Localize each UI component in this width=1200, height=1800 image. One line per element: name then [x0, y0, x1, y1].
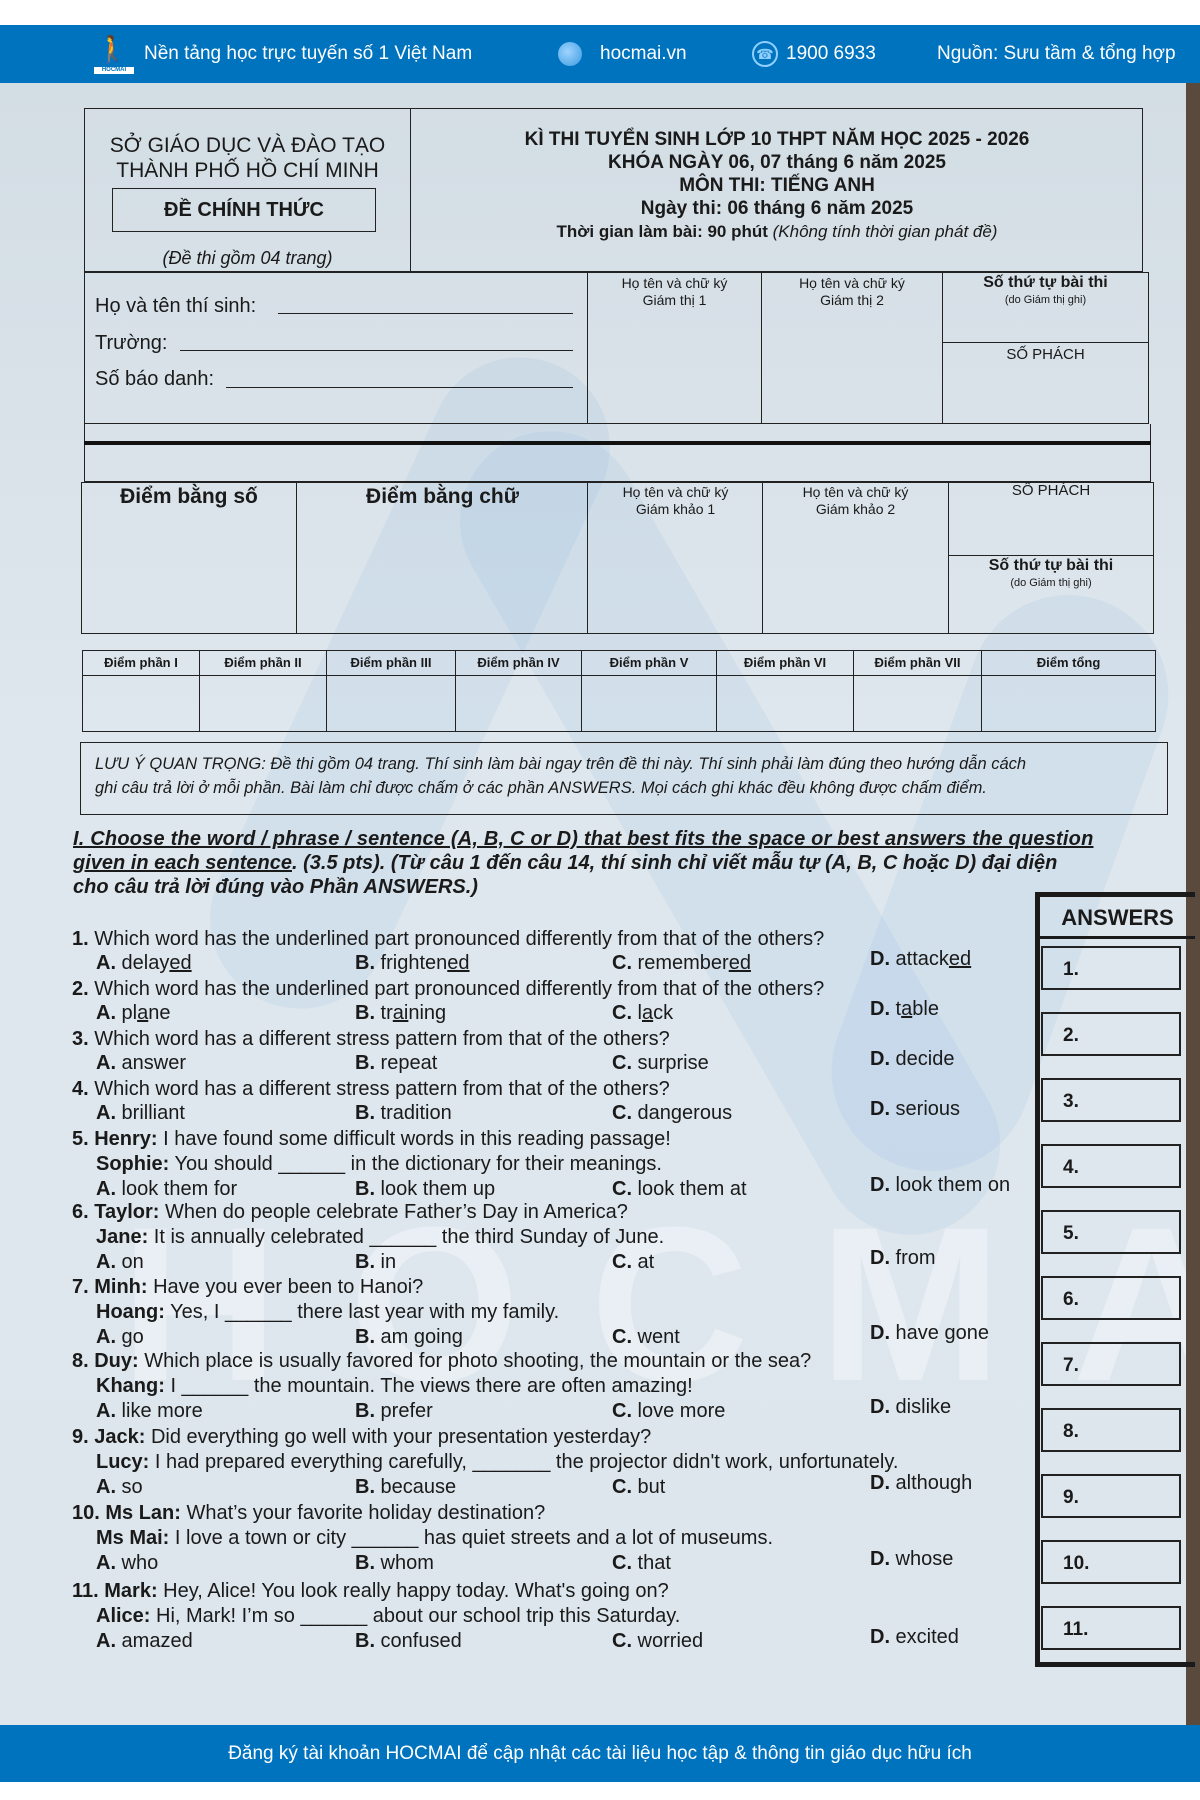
pages-note: (Đề thi gồm 04 trang): [84, 248, 411, 269]
answer-option[interactable]: A. go: [96, 1326, 144, 1349]
answer-slot[interactable]: 9.: [1041, 1474, 1181, 1518]
top-banner: 🚶 HOCMAI Nền tảng học trực tuyến số 1 Vi…: [0, 25, 1200, 83]
order-label: Số thứ tự bài thi: [942, 274, 1149, 292]
answer-option[interactable]: C. love more: [612, 1400, 725, 1423]
answer-option[interactable]: A. look them for: [96, 1178, 237, 1201]
part-score-header: Điểm phần I: [82, 650, 200, 676]
candidate-id-field[interactable]: [226, 387, 573, 388]
answer-option[interactable]: C. that: [612, 1552, 671, 1575]
part-score-cell[interactable]: [716, 675, 854, 732]
answer-option[interactable]: C. remembered: [612, 952, 751, 975]
question-stem: 3. Which word has a different stress pat…: [72, 1028, 670, 1051]
part-score-header: Điểm phần IV: [455, 650, 582, 676]
answer-option[interactable]: C. lack: [612, 1002, 673, 1025]
answer-option[interactable]: A. on: [96, 1251, 144, 1274]
question-stem: 5. Henry: I have found some difficult wo…: [72, 1128, 671, 1151]
answer-option[interactable]: D. from: [870, 1247, 936, 1270]
examiner2-label: Họ tên và chữ kýGiám khảo 2: [763, 484, 948, 518]
question-stem: 2. Which word has the underlined part pr…: [72, 978, 824, 1001]
answer-slot[interactable]: 3.: [1041, 1078, 1181, 1122]
school-field[interactable]: [180, 350, 573, 351]
answer-option[interactable]: B. training: [355, 1002, 446, 1025]
question-reply: Ms Mai: I love a town or city ______ has…: [96, 1527, 773, 1550]
proctor2-label: Họ tên và chữ kýGiám thị 2: [762, 275, 942, 309]
answer-option[interactable]: B. confused: [355, 1630, 462, 1653]
official-badge: ĐỀ CHÍNH THỨC: [112, 188, 376, 232]
website-link[interactable]: hocmai.vn: [558, 25, 687, 83]
name-label: Họ và tên thí sinh:: [95, 295, 256, 318]
part-score-cell[interactable]: [82, 675, 200, 732]
answers-title: ANSWERS: [1040, 897, 1195, 939]
question-stem: 8. Duy: Which place is usually favored f…: [72, 1350, 811, 1373]
part-score-cell[interactable]: [199, 675, 327, 732]
source-note: Nguồn: Sưu tầm & tổng hợp: [937, 25, 1176, 83]
globe-icon: [558, 42, 582, 66]
part-score-cell[interactable]: [581, 675, 717, 732]
exam-title-block: KÌ THI TUYỂN SINH LỚP 10 THPT NĂM HỌC 20…: [411, 128, 1143, 243]
hotline-link[interactable]: ☎ 1900 6933: [752, 25, 876, 83]
answer-option[interactable]: B. in: [355, 1251, 396, 1274]
part-score-cell[interactable]: [455, 675, 582, 732]
answer-option[interactable]: D. whose: [870, 1548, 953, 1571]
question-reply: Lucy: I had prepared everything carefull…: [96, 1451, 898, 1474]
question-stem: 7. Minh: Have you ever been to Hanoi?: [72, 1276, 423, 1299]
grading-code-label: SỐ PHÁCH: [948, 482, 1154, 499]
answer-option[interactable]: C. went: [612, 1326, 680, 1349]
answer-option[interactable]: A. plane: [96, 1002, 171, 1025]
question-stem: 4. Which word has a different stress pat…: [72, 1078, 670, 1101]
answer-slot[interactable]: 8.: [1041, 1408, 1181, 1452]
answer-option[interactable]: C. surprise: [612, 1052, 709, 1075]
answer-option[interactable]: B. repeat: [355, 1052, 437, 1075]
answer-option[interactable]: C. look them at: [612, 1178, 747, 1201]
answer-option[interactable]: D. have gone: [870, 1322, 989, 1345]
part-score-header: Điểm phần V: [581, 650, 717, 676]
code-label: SỐ PHÁCH: [942, 346, 1149, 363]
answer-slot[interactable]: 10.: [1041, 1540, 1181, 1584]
part-score-header: Điểm phần VII: [853, 650, 982, 676]
proctor1-label: Họ tên và chữ kýGiám thị 1: [587, 275, 762, 309]
part-score-cell[interactable]: [981, 675, 1156, 732]
answer-option[interactable]: A. brilliant: [96, 1102, 185, 1125]
answer-slot[interactable]: 5.: [1041, 1210, 1181, 1254]
grading-order-label: Số thứ tự bài thi: [948, 557, 1154, 575]
part-score-header: Điểm phần VI: [716, 650, 854, 676]
candidate-id-label: Số báo danh:: [95, 368, 214, 391]
answer-option[interactable]: D. excited: [870, 1626, 959, 1649]
examiner1-label: Họ tên và chữ kýGiám khảo 1: [588, 484, 763, 518]
answer-option[interactable]: B. because: [355, 1476, 456, 1499]
answer-option[interactable]: D. although: [870, 1472, 972, 1495]
hocmai-logo-icon: 🚶 HOCMAI: [92, 34, 136, 74]
question-stem: 1. Which word has the underlined part pr…: [72, 928, 824, 951]
question-reply: Alice: Hi, Mark! I’m so ______ about our…: [96, 1605, 680, 1628]
order-note: (do Giám thị ghi): [942, 294, 1149, 306]
answer-option[interactable]: C. dangerous: [612, 1102, 732, 1125]
answer-option[interactable]: A. who: [96, 1552, 158, 1575]
question-reply: Hoang: Yes, I ______ there last year wit…: [96, 1301, 559, 1324]
answer-option[interactable]: D. attacked: [870, 948, 971, 971]
question-stem: 10. Ms Lan: What’s your favorite holiday…: [72, 1502, 545, 1525]
answer-option[interactable]: B. frightened: [355, 952, 470, 975]
part-score-header: Điểm phần II: [199, 650, 327, 676]
answer-option[interactable]: B. tradition: [355, 1102, 452, 1125]
name-field[interactable]: [278, 313, 573, 314]
section1-instruction-line3: cho câu trả lời đúng vào Phần ANSWERS.): [73, 876, 478, 899]
part-score-table: Điểm phần IĐiểm phần IIĐiểm phần IIIĐiểm…: [82, 650, 1163, 732]
answer-slot[interactable]: 11.: [1041, 1606, 1181, 1650]
answer-option[interactable]: A. so: [96, 1476, 143, 1499]
answer-option[interactable]: A. like more: [96, 1400, 203, 1423]
answer-option[interactable]: B. prefer: [355, 1400, 433, 1423]
question-reply: Jane: It is annually celebrated ______ t…: [96, 1226, 664, 1249]
part-score-header: Điểm phần III: [326, 650, 456, 676]
answer-slot[interactable]: 6.: [1041, 1276, 1181, 1320]
part-score-header: Điểm tổng: [981, 650, 1156, 676]
footer-banner[interactable]: Đăng ký tài khoản HOCMAI để cập nhật các…: [0, 1725, 1200, 1782]
question-stem: 9. Jack: Did everything go well with you…: [72, 1426, 651, 1449]
score-number-label: Điểm bằng số: [81, 485, 297, 509]
important-notice: LƯU Ý QUAN TRỌNG: Đề thi gồm 04 trang. T…: [80, 742, 1168, 815]
question-reply: Sophie: You should ______ in the diction…: [96, 1153, 662, 1176]
part-score-cell[interactable]: [853, 675, 982, 732]
answer-option[interactable]: C. worried: [612, 1630, 703, 1653]
question-reply: Khang: I ______ the mountain. The views …: [96, 1375, 693, 1398]
score-words-label: Điểm bằng chữ: [297, 485, 588, 509]
section1-instruction-line2: given in each sentence. (3.5 pts). (Từ c…: [73, 852, 1057, 875]
part-score-cell[interactable]: [326, 675, 456, 732]
question-stem: 6. Taylor: When do people celebrate Fath…: [72, 1201, 628, 1224]
brand-slogan[interactable]: 🚶 HOCMAI Nền tảng học trực tuyến số 1 Vi…: [92, 25, 472, 83]
answer-slot[interactable]: 2.: [1041, 1012, 1181, 1056]
answer-option[interactable]: D. dislike: [870, 1396, 951, 1419]
answer-option[interactable]: D. serious: [870, 1098, 960, 1121]
answer-option[interactable]: C. at: [612, 1251, 654, 1274]
answer-slot[interactable]: 4.: [1041, 1144, 1181, 1188]
school-label: Trường:: [95, 332, 167, 355]
answer-option[interactable]: C. but: [612, 1476, 665, 1499]
cut-line: [84, 441, 1151, 445]
answer-option[interactable]: A. delayed: [96, 952, 192, 975]
section1-instruction-line1: I. Choose the word / phrase / sentence (…: [73, 828, 1093, 851]
answer-option[interactable]: B. am going: [355, 1326, 463, 1349]
grading-order-note: (do Giám thị ghi): [948, 577, 1154, 589]
answer-option[interactable]: B. look them up: [355, 1178, 495, 1201]
dept-name: SỞ GIÁO DỤC VÀ ĐÀO TẠO THÀNH PHỐ HỒ CHÍ …: [84, 133, 411, 183]
question-stem: 11. Mark: Hey, Alice! You look really ha…: [72, 1580, 669, 1603]
answer-option[interactable]: D. table: [870, 998, 939, 1021]
answer-option[interactable]: A. answer: [96, 1052, 186, 1075]
answer-option[interactable]: B. whom: [355, 1552, 434, 1575]
answer-option[interactable]: D. look them on: [870, 1174, 1010, 1197]
answer-slot[interactable]: 7.: [1041, 1342, 1181, 1386]
answer-option[interactable]: A. amazed: [96, 1630, 193, 1653]
answer-option[interactable]: D. decide: [870, 1048, 955, 1071]
answer-slot[interactable]: 1.: [1041, 946, 1181, 990]
phone-icon: ☎: [752, 41, 778, 67]
